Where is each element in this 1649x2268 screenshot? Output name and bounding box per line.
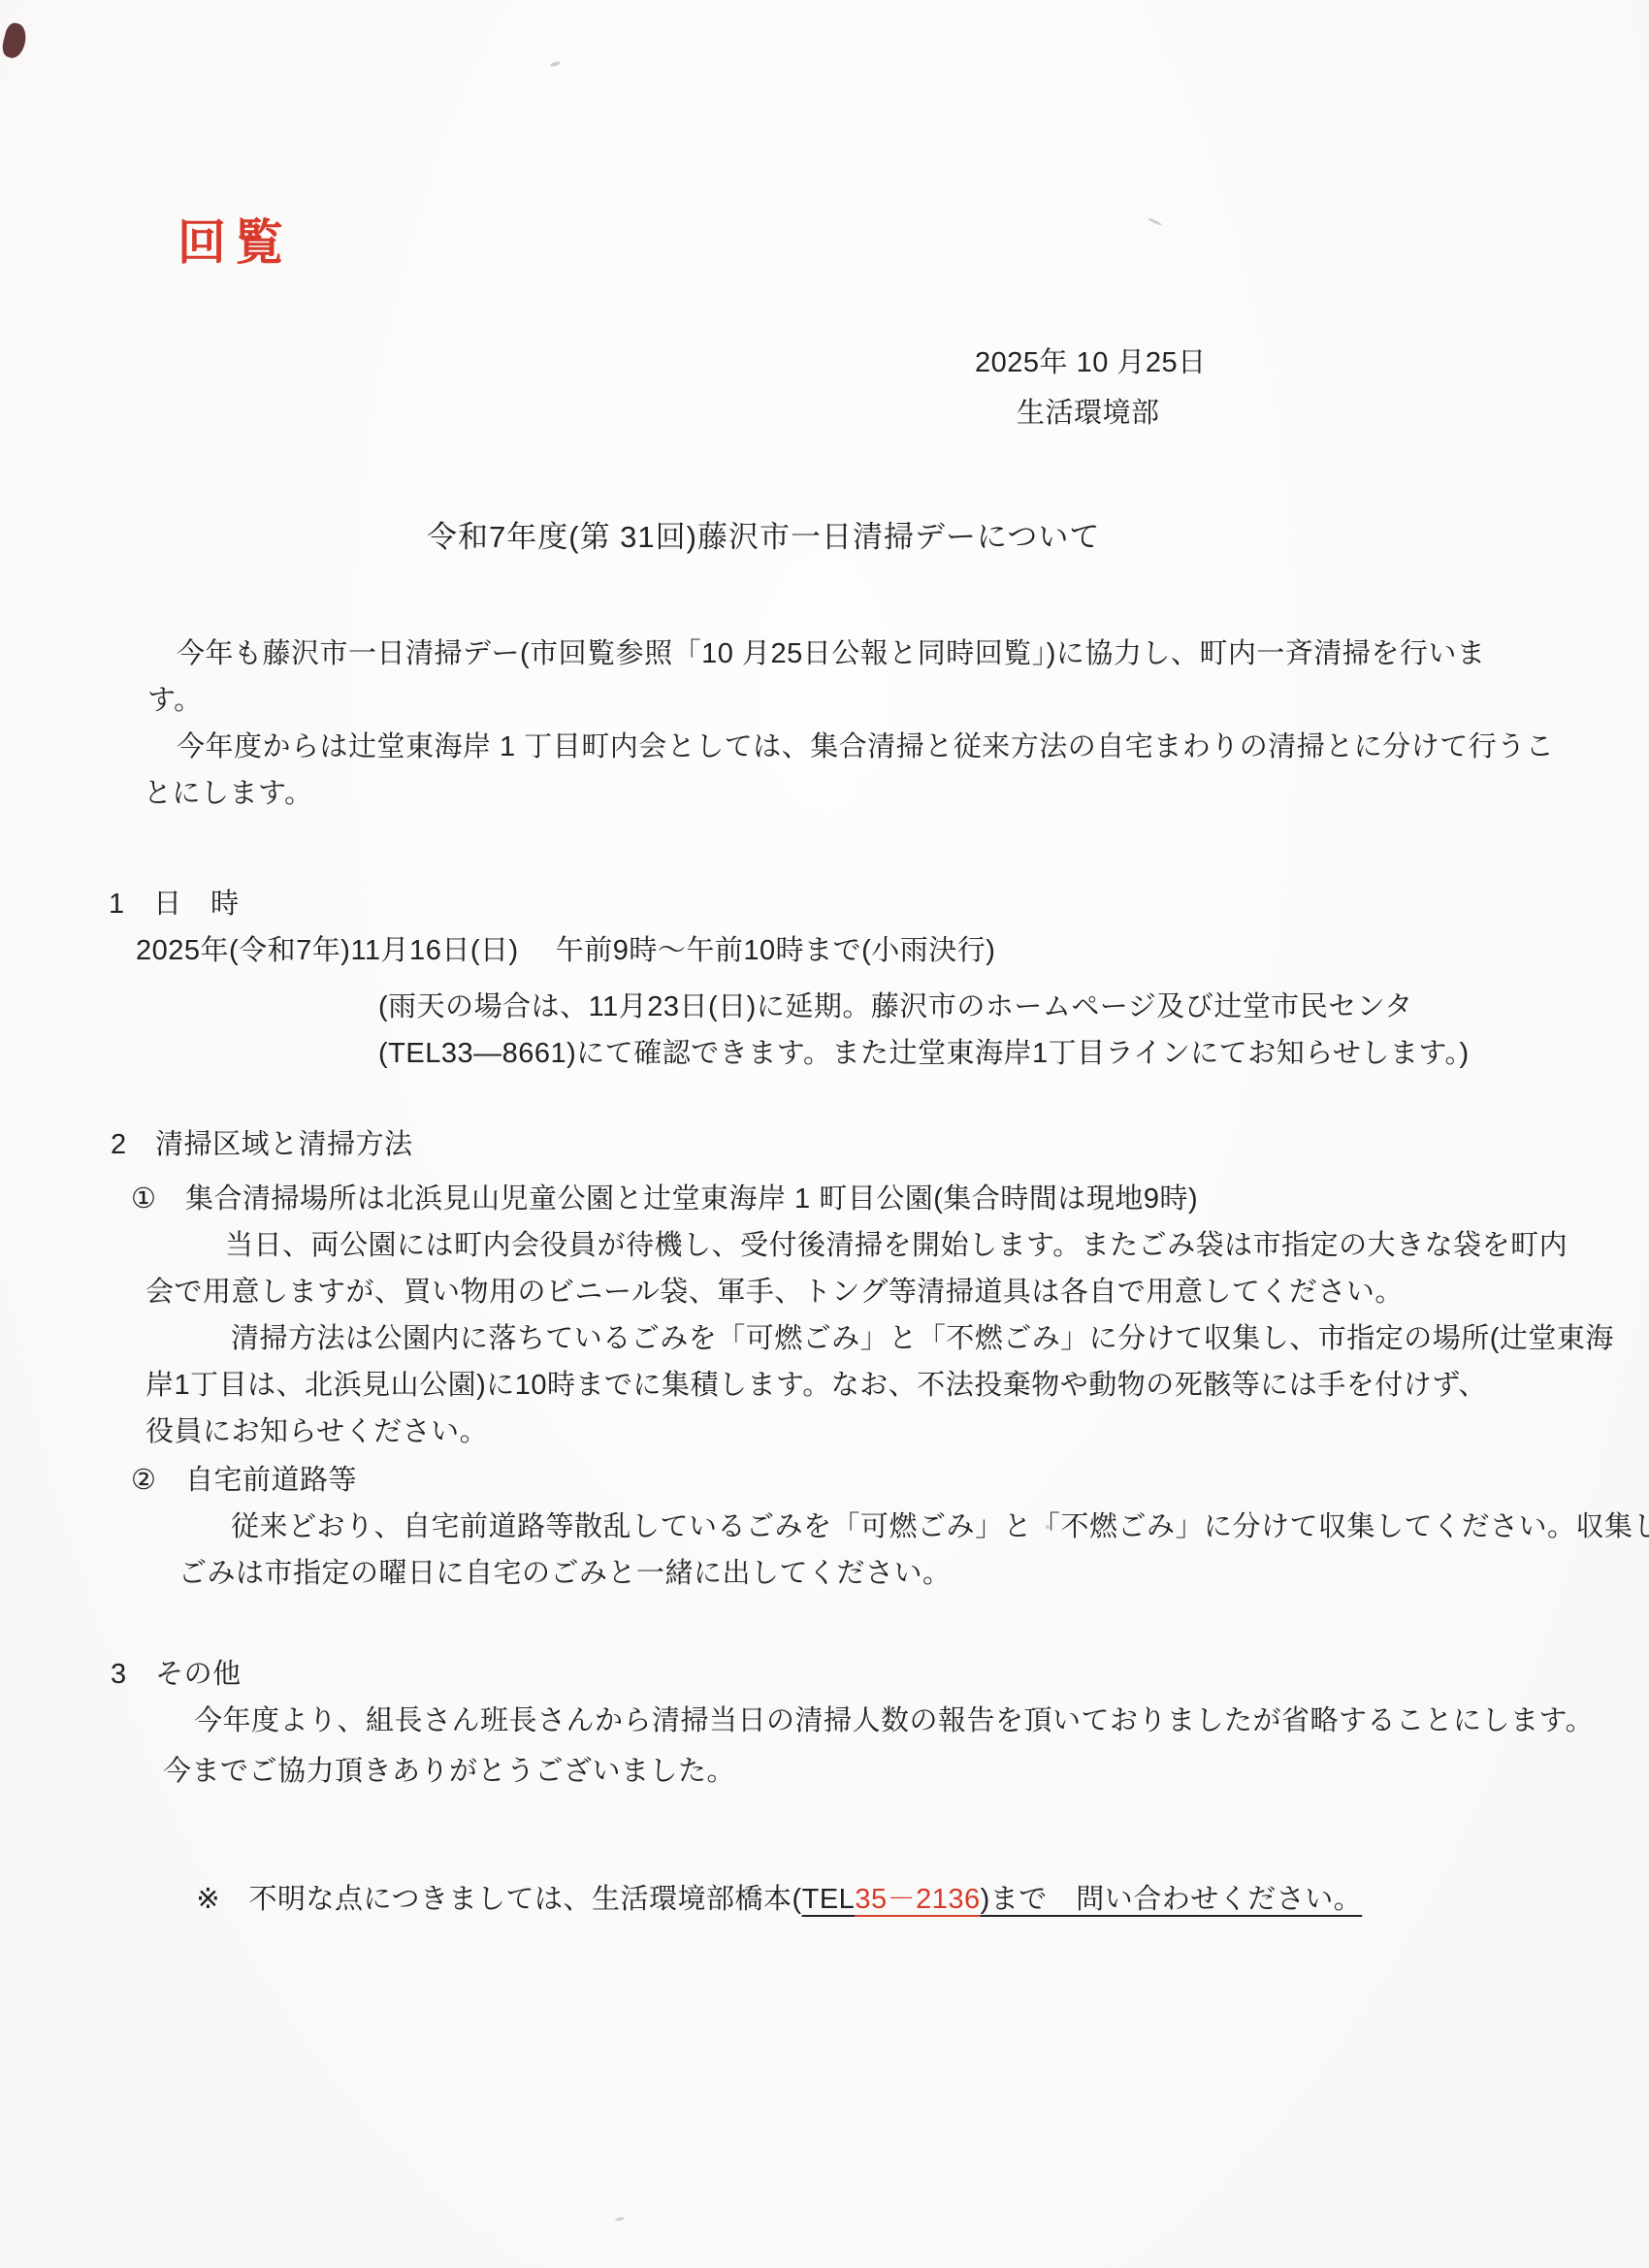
section-line: 役員にお知らせください。 — [145, 1414, 488, 1449]
section-heading: 1 日 時 — [109, 887, 240, 922]
section-line: 従来どおり、自宅前道路等散乱しているごみを「可燃ごみ」と「不燃ごみ」に分けて収集… — [231, 1509, 1649, 1544]
document-title: 令和7年度(第 31回)藤沢市一日清掃デーについて — [427, 512, 1100, 556]
scan-speck — [1148, 217, 1162, 226]
intro-line: 今年度からは辻堂東海岸 1 丁目町内会としては、集合清掃と従来方法の自宅まわりの… — [177, 729, 1554, 764]
section-line: ① 集合清掃場所は北浜見山児童公園と辻堂東海岸 1 町目公園(集合時間は現地9時… — [131, 1182, 1198, 1216]
circulation-stamp: 回覧 — [178, 204, 292, 274]
section-line: 今年度より、組長さん班長さんから清掃当日の清掃人数の報告を頂いておりましたが省略… — [194, 1703, 1594, 1738]
section-line: 会で用意しますが、買い物用のビニール袋、軍手、トング等清掃道具は各自で用意してく… — [145, 1275, 1404, 1310]
scan-speck — [615, 2217, 625, 2221]
scan-corner-artifact — [0, 21, 29, 60]
contact-note: ※ 不明な点につきましては、生活環境部橋本(TEL35－2136)まで 問い合わ… — [163, 1847, 1362, 1953]
section-heading: 2 清掃区域と清掃方法 — [111, 1127, 413, 1162]
section-line: 清掃方法は公園内に落ちているごみを「可燃ごみ」と「不燃ごみ」に分けて収集し、市指… — [231, 1321, 1614, 1356]
section-line: 2025年(令和7年)11月16日(日) 午前9時～午前10時まで(小雨決行) — [136, 933, 995, 968]
section-line: (TEL33―8661)にて確認できます。また辻堂東海岸1丁目ラインにてお知らせ… — [378, 1036, 1470, 1071]
scan-speck — [550, 60, 562, 67]
scanned-document-page: 回覧 2025年 10 月25日 生活環境部 令和7年度(第 31回)藤沢市一日… — [0, 0, 1649, 2268]
contact-tel-number: 35－2136 — [855, 1884, 980, 1915]
section-line: 今までご協力頂きありがとうございました。 — [163, 1754, 735, 1789]
section-line: 岸1丁目は、北浜見山公園)に10時までに集積します。なお、不法投棄物や動物の死骸… — [145, 1368, 1487, 1403]
section-line: 当日、両公園には町内会役員が待機し、受付後清掃を開始します。またごみ袋は市指定の… — [225, 1228, 1568, 1263]
contact-tel-label: TEL — [802, 1884, 856, 1915]
intro-line: す。 — [147, 683, 203, 718]
section-line: ごみは市指定の曜日に自宅のごみと一緒に出してください。 — [178, 1556, 952, 1591]
section-line: ② 自宅前道路等 — [131, 1463, 357, 1498]
issuing-department: 生活環境部 — [1017, 396, 1160, 431]
issue-date: 2025年 10 月25日 — [975, 345, 1207, 380]
contact-note-text: ※ 不明な点につきましては、生活環境部橋本( — [196, 1884, 801, 1915]
contact-note-suffix: )まで 問い合わせください。 — [981, 1884, 1363, 1915]
intro-line: とにします。 — [144, 776, 313, 811]
intro-line: 今年も藤沢市一日清掃デー(市回覧参照「10 月25日公報と同時回覧」)に協力し、… — [177, 636, 1485, 671]
section-heading: 3 その他 — [111, 1657, 242, 1692]
section-line: (雨天の場合は、11月23日(日)に延期。藤沢市のホームページ及び辻堂市民センタ — [378, 989, 1413, 1024]
